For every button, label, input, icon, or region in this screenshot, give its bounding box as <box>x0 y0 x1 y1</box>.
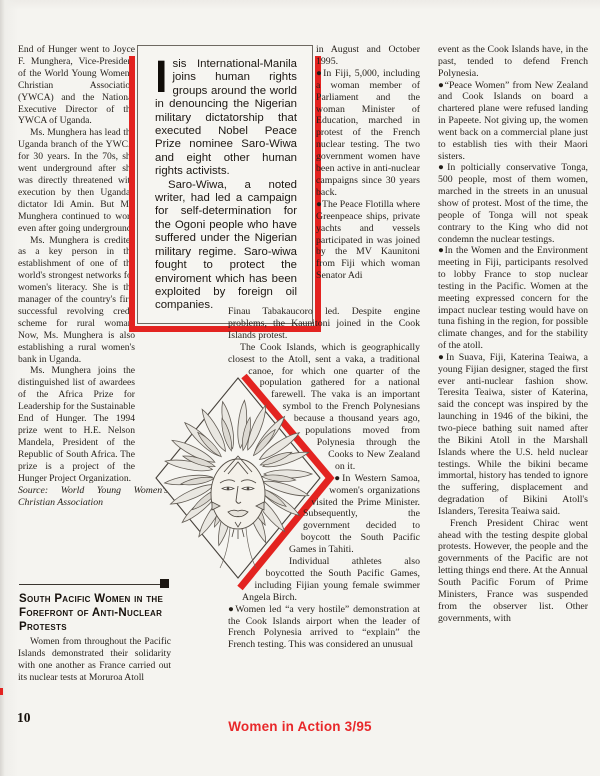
body-paragraph: event as the Cook Islands have, in the p… <box>438 44 588 80</box>
body-paragraph: French President Chirac went ahead with … <box>438 518 588 625</box>
scan-edge-artifact <box>0 688 3 695</box>
body-paragraph: ●In Fiji, 5,000, including a woman membe… <box>316 68 420 199</box>
right-column: event as the Cook Islands have, in the p… <box>438 44 588 624</box>
quote-text: sis International-Manila joins human rig… <box>155 58 297 177</box>
body-paragraph: ●In the Women and the Environment meetin… <box>438 245 588 352</box>
magazine-footer: Women in Action 3/95 <box>0 719 600 734</box>
body-paragraph: ●“Peace Women” from New Zealand and Cook… <box>438 80 588 163</box>
body-paragraph: ●The Peace Flotilla where Greenpeace shi… <box>316 199 420 282</box>
section-paragraph: Women from throughout the Pacific Island… <box>18 636 171 684</box>
left-column: End of Hunger went to Joyce F. Munghera,… <box>18 44 135 509</box>
quote-paragraph: Isis International-Manila joins human ri… <box>155 58 297 179</box>
body-paragraph: in August and October 1995. <box>316 44 420 68</box>
body-paragraph: ●In polticially conservative Tonga, 500 … <box>438 162 588 245</box>
body-paragraph: End of Hunger went to Joyce F. Munghera,… <box>18 44 135 127</box>
body-paragraph: ●Women led “a very hostile” demonstratio… <box>228 604 420 652</box>
body-paragraph: Ms. Munghera joins the distinguished lis… <box>18 365 135 484</box>
middle-column-lower: Finau Tabakaucoro led. Despite engine pr… <box>228 306 420 651</box>
body-paragraph: ●In Suava, Fiji, Katerina Teaiwa, a youn… <box>438 352 588 518</box>
body-paragraph: Ms. Munghera has lead the Uganda branch … <box>18 127 135 234</box>
middle-column-top: in August and October 1995. ●In Fiji, 5,… <box>316 44 420 282</box>
dropcap-letter: I <box>155 60 168 94</box>
quote-paragraph: Saro-Wiwa, a noted writer, had led a cam… <box>155 179 297 313</box>
pull-quote-box: Isis International-Manila joins human ri… <box>137 45 313 324</box>
body-paragraph: Ms. Munghera is credited as a key person… <box>18 235 135 366</box>
magazine-page: End of Hunger went to Joyce F. Munghera,… <box>0 0 600 776</box>
